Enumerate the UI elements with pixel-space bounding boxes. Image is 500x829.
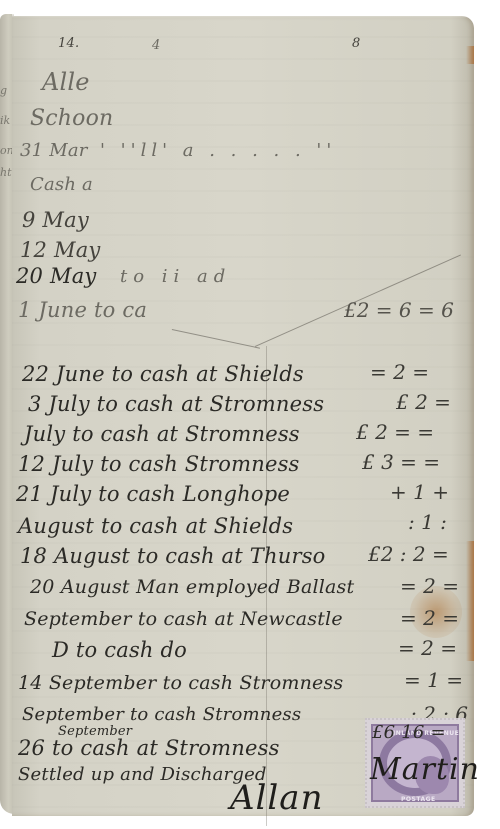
faded-entry: 31 Mar — [20, 140, 88, 161]
faded-entry-tail: to ii ad — [120, 266, 231, 287]
ledger-entry: September to cash Stromness — [22, 704, 301, 725]
stamp-bottom-text: POSTAGE — [401, 796, 436, 803]
ledger-entry: 21 July to cash Longhope — [16, 482, 290, 506]
page-number: 14. — [58, 36, 79, 51]
ledger-entry: July to cash at Stromness — [24, 422, 300, 446]
rust-edge-stain — [466, 46, 474, 64]
title-line: Alle — [42, 68, 90, 96]
faded-entry: 9 May — [22, 208, 89, 232]
signature-over-stamp: Martin — [370, 752, 480, 787]
ledger-entry: 12 July to cash Stromness — [18, 452, 300, 476]
left-page-fragment: ik — [0, 114, 10, 127]
ledger-entry: 3 July to cash at Stromness — [28, 392, 324, 416]
entry-amount: £2 : 2 = — [368, 542, 449, 566]
ledger-entry: August to cash at Shields — [18, 514, 293, 538]
faded-entry: 20 May — [16, 264, 96, 288]
entry-amount: = 2 = — [400, 606, 459, 630]
ledger-entry: September to cash at Newcastle — [24, 608, 343, 630]
faded-entry: 1 June to ca — [18, 298, 147, 322]
entry-amount: £ 2 = — [396, 390, 451, 414]
entry-amount: : 1 : — [408, 510, 447, 534]
entry-amount: £ 2 = = — [356, 420, 434, 444]
faded-entry: Cash a — [30, 174, 93, 195]
ledger-entry: 20 August Man employed Ballast — [30, 576, 354, 598]
title-line: Schoon — [30, 106, 113, 131]
fold-crease-left — [172, 329, 260, 349]
signature: Allan — [230, 778, 323, 818]
entry-amount: = 2 = — [398, 636, 457, 660]
ledger-entry: 26 to cash at Stromness — [18, 736, 280, 760]
entry-amount: + 1 + — [390, 480, 449, 504]
entry-amount: = 1 = — [404, 668, 463, 692]
total-amount: £6 16 = — [372, 722, 446, 743]
ledger-entry: 14 September to cash Stromness — [18, 672, 343, 694]
faded-entry: 12 May — [20, 238, 100, 262]
rust-edge-stain — [466, 541, 474, 661]
left-page-fragment: ht — [0, 166, 12, 179]
entry-amount: £ 3 = = — [362, 450, 440, 474]
ledger-entry: 18 August to cash at Thurso — [20, 544, 326, 568]
ledger-entry: D to cash do — [52, 638, 187, 662]
ledger-entry: 22 June to cash at Shields — [22, 362, 304, 386]
column-mark: 8 — [352, 36, 360, 51]
entry-amount: = 2 = — [400, 574, 459, 598]
left-page-fragment: g — [0, 84, 7, 97]
faded-entry-tail: ' ''ll' a . . . . . '' — [100, 140, 336, 161]
document-scan: g ik on ht 14. 4 8 Alle Schoon 31 Mar ' … — [0, 0, 500, 829]
column-mark: 4 — [152, 38, 160, 53]
entry-amount: = 2 = — [370, 360, 429, 384]
faded-entry-amount: £2 = 6 = 6 — [344, 298, 454, 322]
ledger-page: 14. 4 8 Alle Schoon 31 Mar ' ''ll' a . .… — [12, 16, 474, 816]
